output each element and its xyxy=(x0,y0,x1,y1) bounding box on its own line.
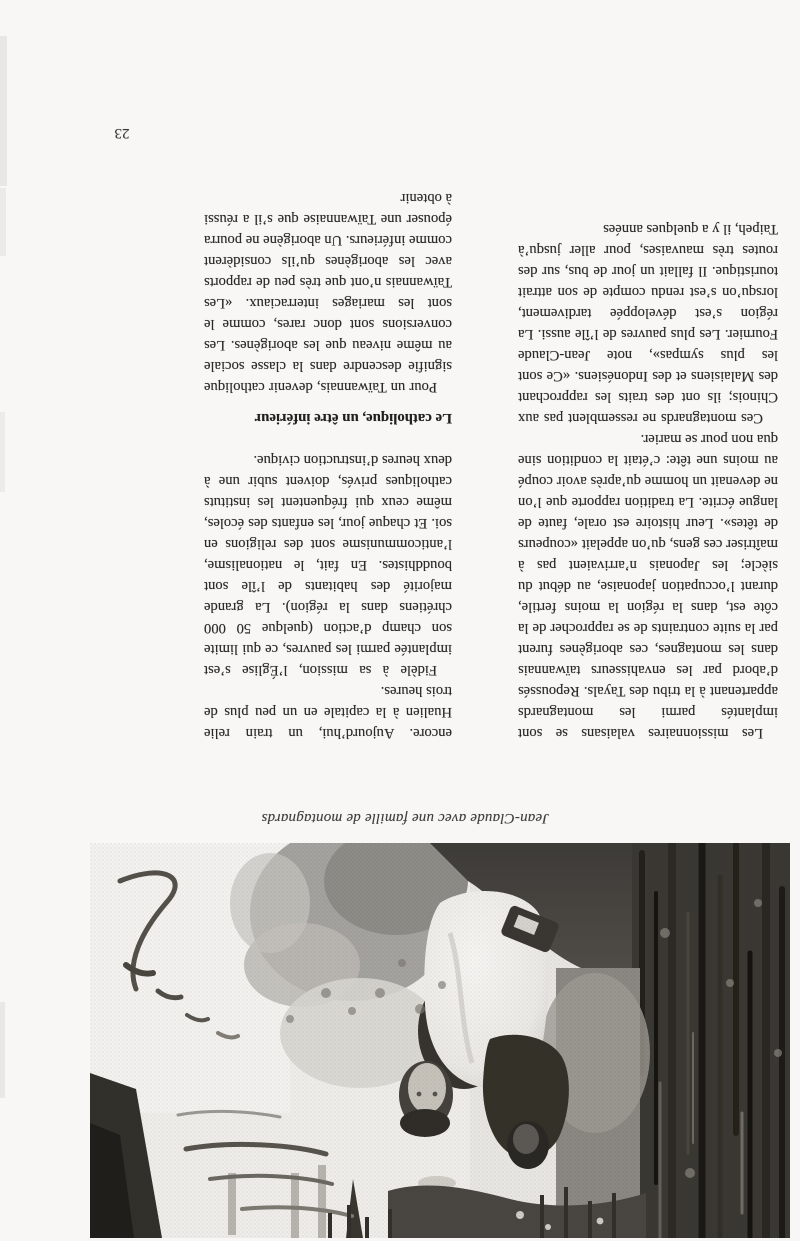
paragraph: Pour un Taïwannais, devenir catholique s… xyxy=(204,187,452,397)
page-sheet: Jean-Claude avec une famille de montagna… xyxy=(0,0,800,1241)
column-right: encore. Aujourd’hui, un train relie Hual… xyxy=(204,139,452,743)
photo-caption: Jean-Claude avec une famille de montagna… xyxy=(219,808,549,828)
page-number: 23 xyxy=(100,124,144,141)
scan-edge-artifact xyxy=(0,1002,5,1098)
paragraph: Les missionnaires valaisans se sont impl… xyxy=(518,428,778,743)
scan-edge-artifact xyxy=(0,188,6,256)
scan-edge-artifact xyxy=(0,36,7,186)
section-heading: Le catholique, un être inférieur xyxy=(204,408,452,428)
montagnards-photo xyxy=(90,843,790,1238)
scanned-page: Jean-Claude avec une famille de montagna… xyxy=(0,0,800,1241)
paragraph: encore. Aujourd’hui, un train relie Hual… xyxy=(204,680,452,743)
column-left: Les missionnaires valaisans se sont impl… xyxy=(518,139,778,743)
paragraph: Ces montagnards ne ressemblent pas aux C… xyxy=(518,218,778,428)
photo-figure xyxy=(90,843,790,1238)
paragraph: Fidèle à sa mission, l’Église s’est impl… xyxy=(204,449,452,680)
scan-edge-artifact xyxy=(0,412,5,492)
